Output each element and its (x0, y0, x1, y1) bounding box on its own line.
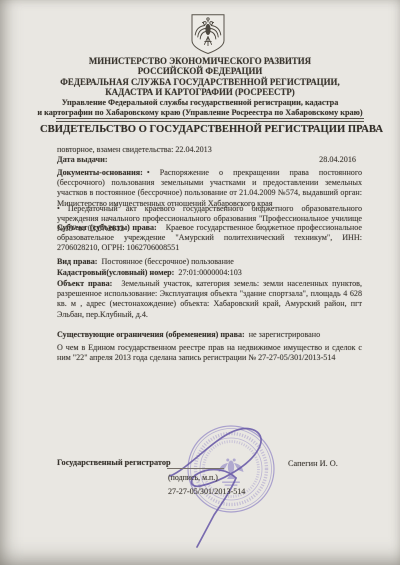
ministry-line: ФЕДЕРАЛЬНАЯ СЛУЖБА ГОСУДАРСТВЕННОЙ РЕГИС… (35, 77, 365, 87)
subject-label: Субъект (субъекты) права: (57, 223, 157, 232)
subject-paragraph: Субъект (субъекты) права:Краевое государ… (57, 223, 362, 254)
ministry-line: МИНИСТЕРСТВО ЭКОНОМИЧЕСКОГО РАЗВИТИЯ (35, 56, 365, 66)
department-line: и картографии по Хабаровскому краю (Упра… (25, 108, 375, 118)
cadastre-number-row: Кадастровый(условный) номер:27:01:000000… (57, 268, 387, 278)
encumbrance-row: Существующие ограничения (обременения) п… (57, 330, 387, 340)
object-label: Объект права: (57, 279, 112, 288)
signature-line (167, 459, 224, 469)
issue-date-value: 28.04.2016 (319, 155, 362, 164)
signature-caption: (подпись, м.п.) (168, 473, 218, 482)
ministry-header: МИНИСТЕРСТВО ЭКОНОМИЧЕСКОГО РАЗВИТИЯ РОС… (35, 56, 365, 98)
object-paragraph: Объект права:Земельный участок, категори… (57, 279, 362, 320)
ministry-line: КАДАСТРА И КАРТОГРАФИИ (РОСРЕЕСТР) (35, 87, 365, 97)
department-header: Управление Федеральной службы государств… (25, 98, 375, 118)
issue-date-row: Дата выдачи: 28.04.2016 (57, 155, 362, 164)
documents-basis-label: Документы-основания: (57, 168, 143, 177)
double-rule-divider (56, 118, 364, 122)
right-type-label: Вид права: (57, 257, 98, 266)
department-line: Управление Федеральной службы государств… (25, 98, 375, 108)
right-type-value: Постоянное (бессрочное) пользование (102, 257, 234, 266)
encumbrance-label: Существующие ограничения (обременения) п… (57, 330, 245, 339)
right-type-row: Вид права:Постоянное (бессрочное) пользо… (57, 257, 387, 267)
issue-date-label: Дата выдачи: (57, 155, 108, 164)
encumbrance-value: не зарегистрировано (249, 330, 320, 339)
registrar-label: Государственный регистратор (57, 458, 171, 467)
cadastre-number-label: Кадастровый(условный) номер: (57, 268, 174, 277)
coat-of-arms-icon (189, 13, 227, 55)
documents-basis-paragraph: Документы-основания:• Распоряжение о пре… (57, 168, 362, 209)
registry-record-note: О чем в Едином государственном реестре п… (57, 343, 362, 363)
registrar-name: Сапегин И. О. (288, 459, 338, 468)
round-seal-stamp (150, 418, 295, 553)
document-title: СВИДЕТЕЛЬСТВО О ГОСУДАРСТВЕННОЙ РЕГИСТРА… (40, 124, 360, 135)
ministry-line: РОССИЙСКОЙ ФЕДЕРАЦИИ (35, 66, 365, 76)
registration-number: 27-27-05/301/2013-514 (168, 487, 245, 496)
duplicate-note: повторное, взамен свидетельства: 22.04.2… (57, 145, 212, 154)
cadastre-number-value: 27:01:0000004:103 (178, 268, 241, 277)
